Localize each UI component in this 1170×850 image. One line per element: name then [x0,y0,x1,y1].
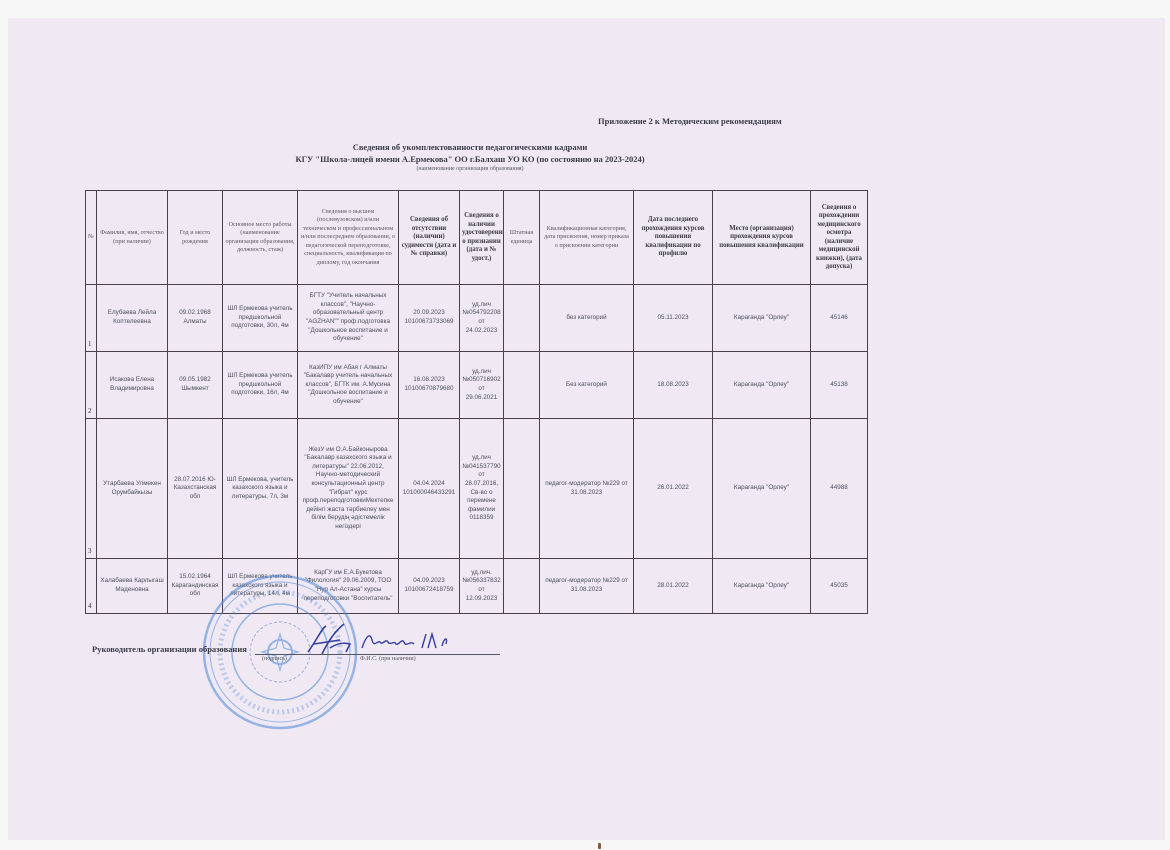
header-education: Сведения о высшем (послевузовском) и/или… [298,191,399,285]
cell-work: ШЛ Ермекова учитель казахского языка и л… [223,559,298,614]
cell-last-course: 18.08.2023 [634,352,713,419]
cell-name: Исакова Елена Владимировна [97,352,168,419]
cell-category: Без категорий [540,352,634,419]
cell-work: ШЛ Ермекова учитель предшкольной подгото… [223,285,298,352]
row-num: 1 [86,285,97,352]
cell-category: педагог-модератор №229 от 31.08.2023 [540,419,634,559]
cell-birth: 09.02.1968 Алматы [168,285,223,352]
header-medical: Сведения о прохождении медицинского осмо… [811,191,868,285]
cell-staff-unit [504,559,540,614]
cell-name: Халабаева Карлыгаш Маденовна [97,559,168,614]
header-course-place: Место (организация) прохождения курсов п… [713,191,811,285]
cell-criminal-record: 16.08.2023 10100670879680 [399,352,460,419]
header-name: Фамилия, имя, отчество (при наличии) [97,191,168,285]
header-num: № [86,191,97,285]
cell-certificate: уд.лич. №056337832 от 12.09.2023 [460,559,504,614]
cell-education: ЖезУ им О.А.Байконырова "Бакалавр казахс… [298,419,399,559]
header-birth: Год и место рождения [168,191,223,285]
cell-certificate: уд.лич №041537790 от 28.07.2016, Св-во о… [460,419,504,559]
cell-criminal-record: 04.09.2023 10100672418759 [399,559,460,614]
table-row: 1 Елубаева Лейла Коптелеевна 09.02.1968 … [86,285,868,352]
cell-last-course: 26.01.2022 [634,419,713,559]
cell-staff-unit [504,352,540,419]
cell-course-place: Караганда "Орлеу" [713,559,811,614]
cell-medical: 45138 [811,352,868,419]
cell-staff-unit [504,285,540,352]
cell-education: БГТУ "Учитель начальных классов", "Научн… [298,285,399,352]
paper-speck [598,843,601,849]
cell-work: ШЛ Ермекова учитель предшкольной подгото… [223,352,298,419]
cell-medical: 45035 [811,559,868,614]
row-num: 2 [86,352,97,419]
cell-medical: 44988 [811,419,868,559]
cell-certificate: уд.лич №054792208 от 24.02.2023 [460,285,504,352]
signature-caption: (подпись) [262,656,287,662]
header-staff-unit: Штатная единица [504,191,540,285]
cell-name: Утарбаева Улмекен Орумбайкызы [97,419,168,559]
cell-criminal-record: 20.09.2023 10100673733069 [399,285,460,352]
cell-education: КазИПУ им Абая г Алматы "Бакалавр учител… [298,352,399,419]
cell-education: КарГУ им Е.А.Букетова "Филология" 29.06.… [298,559,399,614]
organization-title: КГУ "Школа-лицей имени А.Ермекова" ОО г.… [250,154,690,164]
cell-name: Елубаева Лейла Коптелеевна [97,285,168,352]
table-row: 4 Халабаева Карлыгаш Маденовна 15.02.196… [86,559,868,614]
header-work: Основное место работы (наименование орга… [223,191,298,285]
cell-last-course: 05.11.2023 [634,285,713,352]
cell-category: педагог-модератор №229 от 31.08.2023 [540,559,634,614]
table-header-row: № Фамилия, имя, отчество (при наличии) Г… [86,191,868,285]
cell-staff-unit [504,419,540,559]
cell-course-place: Караганда "Орлеу" [713,419,811,559]
cell-category: без категорий [540,285,634,352]
cell-certificate: уд.лич №050716902 от 29.06.2021 [460,352,504,419]
organization-caption: (наименование организации образования) [300,166,640,172]
header-last-course: Дата последнего прохождения курсов повыш… [634,191,713,285]
cell-criminal-record: 04.04.2024 101000046433291 [399,419,460,559]
signatory-label: Руководитель организации образования [92,644,247,654]
cell-birth: 09.05.1982 Шымкент [168,352,223,419]
header-category: Квалификационная категория, дата присвое… [540,191,634,285]
signature-line [255,654,500,655]
table-row: 3 Утарбаева Улмекен Орумбайкызы 28.07.20… [86,419,868,559]
cell-last-course: 28.01.2022 [634,559,713,614]
cell-medical: 45146 [811,285,868,352]
cell-course-place: Караганда "Орлеу" [713,285,811,352]
table-row: 2 Исакова Елена Владимировна 09.05.1982 … [86,352,868,419]
cell-course-place: Караганда "Орлеу" [713,352,811,419]
document-title: Сведения об укомплектованности педагогич… [300,142,640,152]
header-certificate: Сведения о наличии удостоверения о призн… [460,191,504,285]
cell-work: ШЛ Ермекова, учитель казахского языка и … [223,419,298,559]
name-caption: Ф.И.С. (при наличии) [360,656,416,662]
cell-birth: 15.02.1964 Карагандинская обл [168,559,223,614]
annex-note: Приложение 2 к Методическим рекомендация… [598,116,782,126]
row-num: 3 [86,419,97,559]
header-criminal-record: Сведения об отсутствии (наличии) судимос… [399,191,460,285]
row-num: 4 [86,559,97,614]
staff-table: № Фамилия, имя, отчество (при наличии) Г… [85,190,868,614]
cell-birth: 28.07.2016 Ю-Казахстанская обл [168,419,223,559]
